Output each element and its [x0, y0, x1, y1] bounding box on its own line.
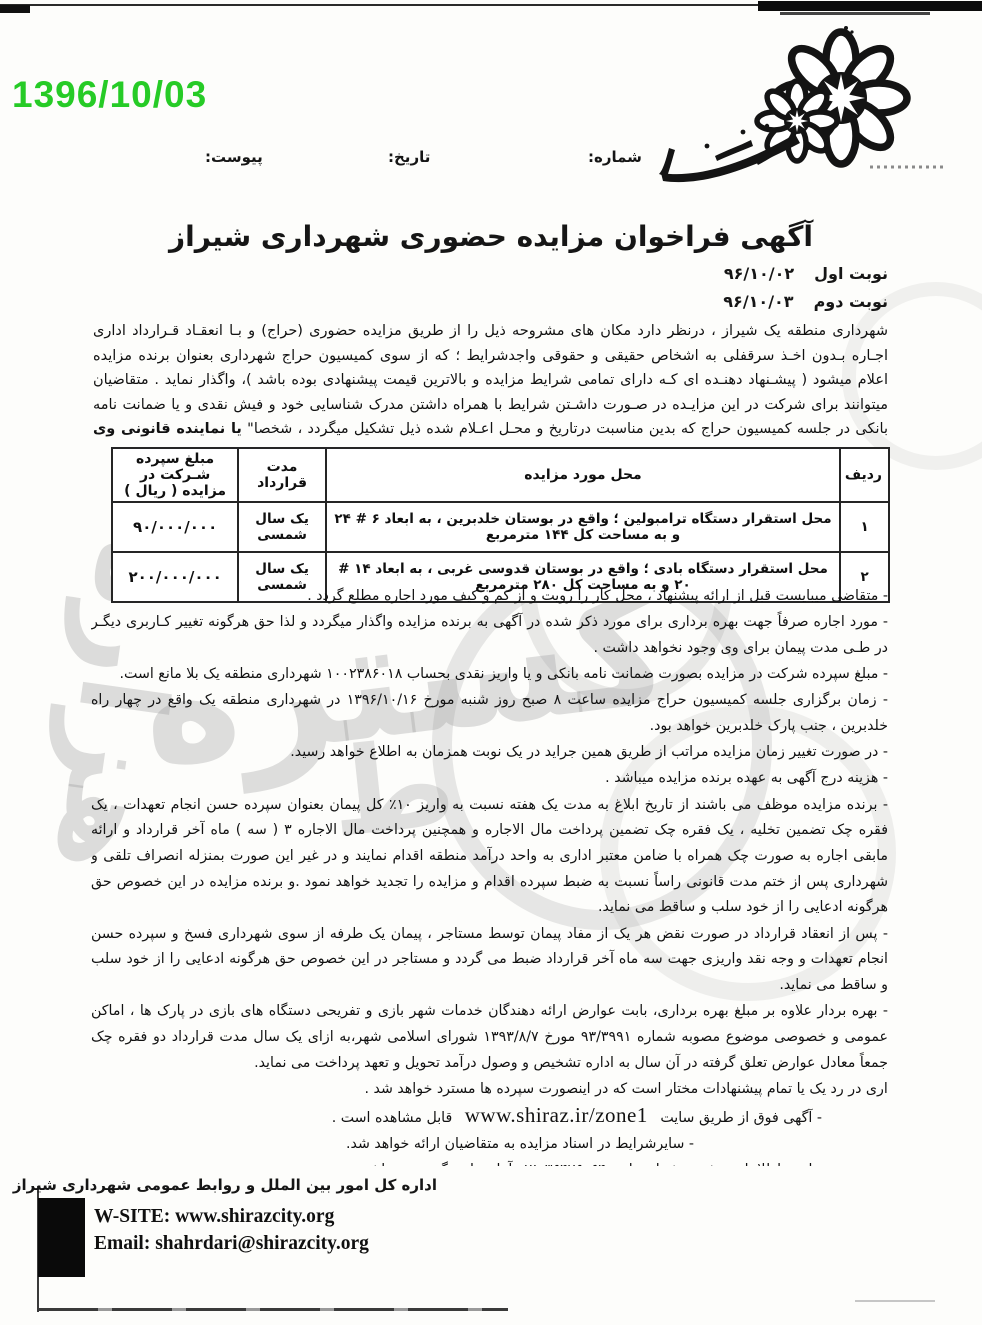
- publication-round-2: نوبت دوم۹۶/۱۰/۰۳: [723, 292, 888, 311]
- condition-item: - بهره بردار علاوه بر مبلغ بهره برداری، …: [91, 999, 888, 1076]
- condition-item: - شهرداری در رد یک یا تمام پیشنهادات مخت…: [91, 1077, 888, 1103]
- round-1-label: نوبت اول: [814, 264, 888, 283]
- email-line: Email: shahrdari@shirazcity.org: [94, 1233, 369, 1255]
- letterhead-date-label: تاریخ:: [388, 148, 430, 166]
- condition-text: - آگهی فوق از طریق سایت: [656, 1110, 822, 1126]
- auction-table: ردیف محل مورد مزایده مدت قرارداد مبلغ سپ…: [111, 447, 890, 603]
- scan-top-right-mark: [758, 1, 982, 11]
- intro-paragraph: شهرداری منطقه یک شیراز ، درنظر دارد مکان…: [93, 319, 888, 447]
- publication-round-1: نوبت اول۹۶/۱۰/۰۲: [724, 264, 888, 283]
- scanned-auction-notice-page: هزاره گستره ط 1396/10/03: [0, 0, 982, 1325]
- page-title: آگهی فراخوان مزایده حضوری شهرداری شیراز: [0, 220, 982, 253]
- website-line: W-SITE: www.shirazcity.org: [94, 1206, 334, 1228]
- condition-item: - در صورت تغییر زمان مزایده مراتب از طری…: [91, 740, 888, 766]
- cell-place: محل استقرار دستگاه ترامبولین ؛ واقع در ب…: [326, 502, 840, 552]
- cell-deposit: ۹۰/۰۰۰/۰۰۰: [112, 502, 238, 552]
- condition-item: - مبلغ سپرده شرکت در مزایده بصورت ضمانت …: [91, 662, 888, 688]
- table-header-row: ردیف محل مورد مزایده مدت قرارداد مبلغ سپ…: [112, 448, 889, 502]
- condition-item: - درصورت نیاز به اطلاعات بیشتر ، شماره ت…: [91, 1158, 888, 1166]
- date-stamp: 1396/10/03: [12, 74, 207, 116]
- condition-item: - سایرشرایط در اسناد مزایده به متقاضیان …: [91, 1132, 694, 1158]
- condition-item: - متقاضی میبایست قبل از ارائه پیشنهاد ، …: [91, 584, 888, 610]
- condition-item: - زمان برگزاری جلسه کمیسیون حراج مزایده …: [91, 688, 888, 739]
- round-2-label: نوبت دوم: [814, 292, 888, 311]
- header-deposit: مبلغ سپرده شـرکت در مزایده ( ریال ): [112, 448, 238, 502]
- scan-top-left-mark: [0, 5, 30, 13]
- department-signature: اداره کل امور بین الملل و روابط عمومی شه…: [13, 1176, 437, 1194]
- cell-duration: یک سال شمسی: [238, 502, 326, 552]
- shiraz-municipality-logo: [655, 20, 965, 205]
- cell-row-number: ۱: [840, 502, 889, 552]
- letterhead-number-label: شماره:: [588, 148, 642, 166]
- header-row-number: ردیف: [840, 448, 889, 502]
- condition-item: - هزینه درج آگهی به عهده برنده مزایده می…: [91, 766, 888, 792]
- round-1-date: ۹۶/۱۰/۰۲: [724, 264, 794, 283]
- scan-black-block: [38, 1198, 85, 1277]
- condition-item: - برنده مزایده موظف می باشند از تاریخ اب…: [91, 793, 888, 922]
- condition-item: - مورد اجاره صرفاً جهت بهره برداری برای …: [91, 610, 888, 661]
- scan-bottom-line: [38, 1308, 508, 1311]
- condition-item: - آگهی فوق از طریق سایت www.shiraz.ir/zo…: [91, 1103, 822, 1132]
- header-duration: مدت قرارداد: [238, 448, 326, 502]
- website-url: www.shiraz.ir/zone1: [457, 1103, 656, 1127]
- conditions-list: - متقاضی میبایست قبل از ارائه پیشنهاد ، …: [91, 584, 888, 1166]
- header-place: محل مورد مزایده: [326, 448, 840, 502]
- round-2-date: ۹۶/۱۰/۰۳: [723, 292, 793, 311]
- condition-item: - پس از انعقاد قرارداد در صورت نقض هر یک…: [91, 922, 888, 999]
- letterhead-attachment-label: پیوست:: [205, 148, 263, 166]
- scan-top-right-mark-2: [780, 12, 930, 15]
- table-row: ۱ محل استقرار دستگاه ترامبولین ؛ واقع در…: [112, 502, 889, 552]
- condition-text: قابل مشاهده است .: [332, 1110, 457, 1126]
- scan-bottom-line-right: [855, 1300, 935, 1302]
